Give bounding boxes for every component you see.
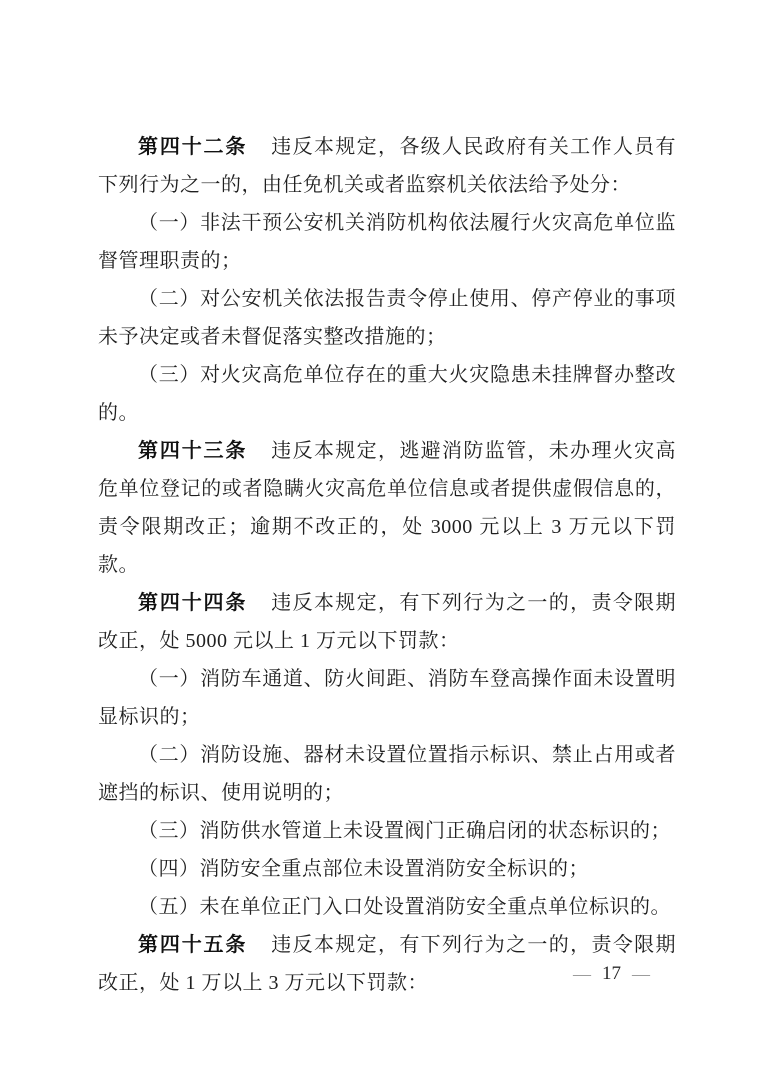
paragraph-text: （五）未在单位正门入口处设置消防安全重点单位标识的。 xyxy=(138,896,671,918)
item-paragraph: （二）消防设施、器材未设置位置指示标识、禁止占用或者遮挡的标识、使用说明的； xyxy=(98,736,676,812)
footer-dash-right: — xyxy=(632,965,650,983)
paragraph-text: （一）非法干预公安机关消防机构依法履行火灾高危单位监督管理职责的； xyxy=(98,212,676,272)
paragraph-text: （二）消防设施、器材未设置位置指示标识、禁止占用或者遮挡的标识、使用说明的； xyxy=(98,744,676,804)
item-paragraph: （二）对公安机关依法报告责令停止使用、停产停业的事项未予决定或者未督促落实整改措… xyxy=(98,280,676,356)
paragraph-text: （三）对火灾高危单位存在的重大火灾隐患未挂牌督办整改的。 xyxy=(98,364,676,424)
article-paragraph: 第四十二条违反本规定，各级人民政府有关工作人员有下列行为之一的，由任免机关或者监… xyxy=(98,128,676,204)
paragraph-text: （四）消防安全重点部位未设置消防安全标识的； xyxy=(138,858,589,880)
footer-dash-left: — xyxy=(573,965,591,983)
article-paragraph: 第四十四条违反本规定，有下列行为之一的，责令限期改正，处 5000 元以上 1 … xyxy=(98,584,676,660)
paragraph-text: （二）对公安机关依法报告责令停止使用、停产停业的事项未予决定或者未督促落实整改措… xyxy=(98,288,676,348)
item-paragraph: （三）对火灾高危单位存在的重大火灾隐患未挂牌督办整改的。 xyxy=(98,356,676,432)
article-number: 第四十四条 xyxy=(138,592,247,614)
article-number: 第四十二条 xyxy=(138,136,247,158)
paragraph-text: （三）消防供水管道上未设置阀门正确启闭的状态标识的； xyxy=(138,820,671,842)
item-paragraph: （一）非法干预公安机关消防机构依法履行火灾高危单位监督管理职责的； xyxy=(98,204,676,280)
article-number: 第四十五条 xyxy=(138,934,247,956)
item-paragraph: （三）消防供水管道上未设置阀门正确启闭的状态标识的； xyxy=(98,812,676,850)
page-number: 17 xyxy=(602,963,621,985)
item-paragraph: （四）消防安全重点部位未设置消防安全标识的； xyxy=(98,850,676,888)
page-footer: — 17 — xyxy=(573,963,650,985)
article-number: 第四十三条 xyxy=(138,440,247,462)
item-paragraph: （一）消防车通道、防火间距、消防车登高操作面未设置明显标识的； xyxy=(98,660,676,736)
item-paragraph: （五）未在单位正门入口处设置消防安全重点单位标识的。 xyxy=(98,888,676,926)
article-paragraph: 第四十三条违反本规定，逃避消防监管，未办理火灾高危单位登记的或者隐瞒火灾高危单位… xyxy=(98,432,676,584)
document-body: 第四十二条违反本规定，各级人民政府有关工作人员有下列行为之一的，由任免机关或者监… xyxy=(98,128,676,1002)
paragraph-text: （一）消防车通道、防火间距、消防车登高操作面未设置明显标识的； xyxy=(98,668,676,728)
document-page: 第四十二条违反本规定，各级人民政府有关工作人员有下列行为之一的，由任免机关或者监… xyxy=(0,0,770,1089)
